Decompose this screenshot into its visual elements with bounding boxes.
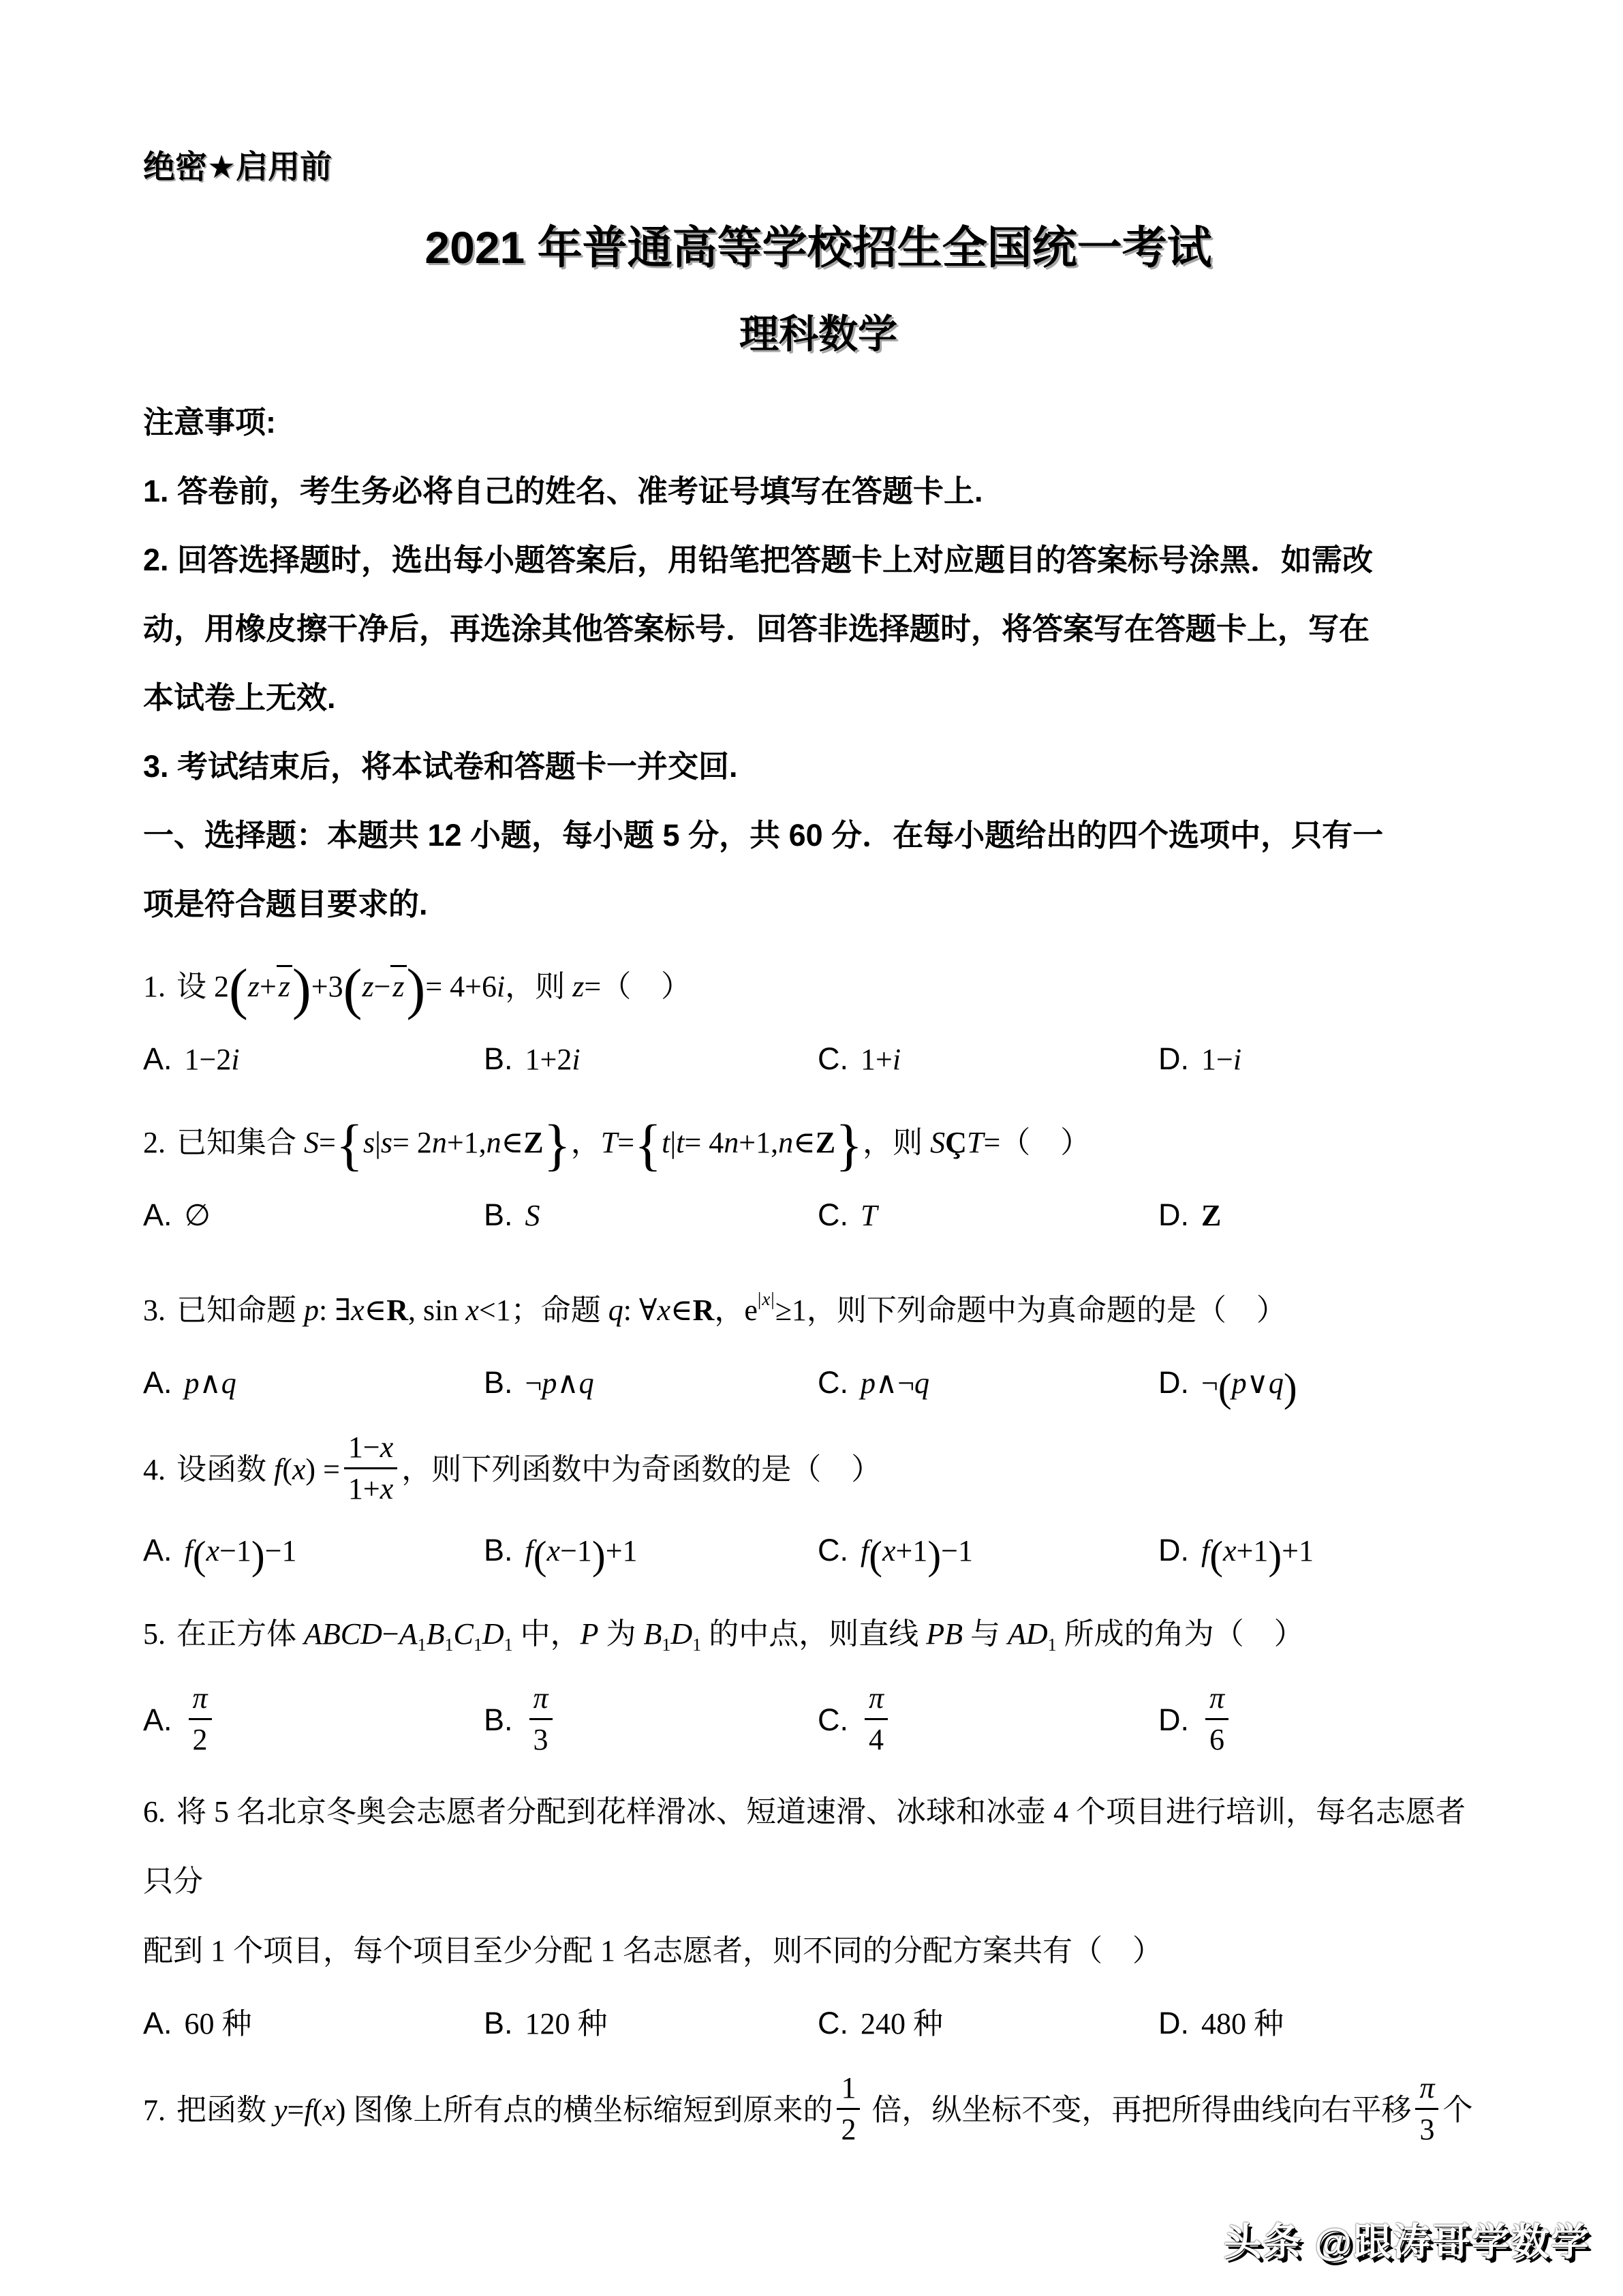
big-delimiter: { [336, 1120, 363, 1172]
option-label: C. [818, 1365, 848, 1400]
fraction-numerator: π [1205, 1679, 1228, 1720]
fraction-denominator: 2 [189, 1720, 212, 1760]
question-3-line-1: 3.已知命题 p: ∃x∈R, sin x<1；命题 q: ∀x∈R，e|x|≥… [143, 1264, 1494, 1345]
big-delimiter: ) [407, 964, 426, 1015]
question-2-line-1: 2.已知集合 S={s|s= 2n+1,n∈Z}，T={t|t= 4n+1,n∈… [143, 1108, 1494, 1178]
big-delimiter: ( [1218, 1370, 1232, 1406]
fraction: π2 [189, 1679, 212, 1760]
question-number: 3. [143, 1294, 166, 1327]
option-6-A: A.60 种 [143, 1989, 484, 2059]
fraction-numerator: π [1415, 2068, 1438, 2110]
big-delimiter: } [544, 1120, 571, 1172]
notice-line-5: 3. 考试结束后，将本试卷和答题卡一并交回. [143, 732, 1494, 801]
fraction: π4 [865, 1679, 888, 1760]
question-1-options: A.1−2iB.1+2iC.1+iD.1−i [143, 1024, 1494, 1095]
exam-title: 2021 年普通高等学校招生全国统一考试 [143, 216, 1494, 279]
fraction-denominator: 4 [865, 1720, 888, 1760]
question-number: 5. [143, 1617, 166, 1651]
question-6: 6.将 5 名北京冬奥会志愿者分配到花样滑冰、短道速滑、冰球和冰壶 4 个项目进… [143, 1777, 1494, 2059]
option-6-C: C.240 种 [818, 1989, 1158, 2059]
option-6-D: D.480 种 [1158, 1989, 1494, 2059]
question-6-line-2: 配到 1 个项目，每个项目至少分配 1 名志愿者，则不同的分配方案共有（ ） [143, 1916, 1494, 1986]
overbar-term: z [277, 965, 292, 999]
fraction-numerator: π [189, 1679, 212, 1720]
option-1-C: C.1+i [818, 1024, 1158, 1095]
notice-section: 注意事项: 1. 答卷前，考生务必将自己的姓名、准考证号填写在答题卡上. 2. … [143, 388, 1494, 801]
question-2-options: A.∅B.SC.TD.Z [143, 1180, 1494, 1251]
question-4-line-1: 4.设函数 f(x) =1−x1+x，则下列函数中为奇函数的是（ ） [143, 1432, 1494, 1513]
big-delimiter: ( [229, 964, 248, 1015]
option-label: D. [1158, 2006, 1189, 2040]
watermark: 头条 @跟涛哥学数学 [1224, 2212, 1590, 2267]
overbar-term: z [390, 965, 406, 999]
option-6-B: B.120 种 [484, 1989, 818, 2059]
option-label: D. [1158, 1533, 1189, 1567]
question-number: 4. [143, 1453, 166, 1486]
question-1: 1.设 2(z+z)+3(z−z)= 4+6i，则 z=（ ）A.1−2iB.1… [143, 952, 1494, 1095]
notice-line-3: 动，用橡皮擦干净后，再选涂其他答案标号．回答非选择题时，将答案写在答题卡上，写在 [143, 594, 1494, 663]
exam-page: 绝密★启用前 2021 年普通高等学校招生全国统一考试 理科数学 注意事项: 1… [0, 0, 1623, 2296]
big-delimiter: ) [251, 1537, 265, 1574]
fraction-denominator: 1+x [344, 1469, 397, 1509]
subscript: 1 [1048, 1635, 1057, 1655]
big-delimiter: ) [292, 964, 311, 1015]
fraction-numerator: 1−x [344, 1428, 397, 1469]
section-heading-line-1: 一、选择题：本题共 12 小题，每小题 5 分，共 60 分．在每小题给出的四个… [143, 801, 1494, 870]
subscript: 1 [445, 1635, 454, 1655]
question-3-options: A.p∧qB.¬p∧qC.p∧¬qD.¬(p∨q) [143, 1348, 1494, 1418]
option-2-D: D.Z [1158, 1180, 1494, 1251]
question-4-options: A.f(x−1)−1B.f(x−1)+1C.f(x+1)−1D.f(x+1)+1 [143, 1516, 1494, 1586]
questions-list: 1.设 2(z+z)+3(z−z)= 4+6i，则 z=（ ）A.1−2iB.1… [143, 952, 1494, 2154]
notice-heading: 注意事项: [143, 388, 1494, 457]
fraction-denominator: 6 [1205, 1720, 1228, 1760]
option-3-A: A.p∧q [143, 1348, 484, 1418]
question-number: 7. [143, 2094, 166, 2127]
question-6-line-1: 6.将 5 名北京冬奥会志愿者分配到花样滑冰、短道速滑、冰球和冰壶 4 个项目进… [143, 1777, 1494, 1916]
option-label: C. [818, 1041, 848, 1076]
classification-label: 绝密★启用前 [143, 147, 1494, 187]
option-4-D: D.f(x+1)+1 [1158, 1516, 1494, 1586]
question-5-line-1: 5.在正方体 ABCD−A1B1C1D1 中，P 为 B1D1 的中点，则直线 … [143, 1599, 1494, 1680]
fraction-denominator: 2 [837, 2110, 860, 2149]
big-delimiter: { [634, 1120, 662, 1172]
fraction: π3 [1415, 2068, 1438, 2149]
question-1-line-1: 1.设 2(z+z)+3(z−z)= 4+6i，则 z=（ ） [143, 952, 1494, 1022]
option-label: D. [1158, 1365, 1189, 1400]
option-label: D. [1158, 1197, 1189, 1232]
header: 2021 年普通高等学校招生全国统一考试 理科数学 [143, 216, 1494, 363]
option-label: A. [143, 1365, 172, 1400]
fraction: π6 [1205, 1679, 1228, 1760]
option-label: A. [143, 1533, 172, 1567]
big-delimiter: ( [193, 1537, 206, 1574]
option-3-C: C.p∧¬q [818, 1348, 1158, 1418]
question-3: 3.已知命题 p: ∃x∈R, sin x<1；命题 q: ∀x∈R，e|x|≥… [143, 1264, 1494, 1418]
subscript: 1 [418, 1635, 427, 1655]
option-label: B. [484, 1197, 513, 1232]
question-number: 2. [143, 1126, 166, 1159]
option-label: B. [484, 2006, 513, 2040]
big-delimiter: ( [1209, 1537, 1223, 1574]
notice-line-2: 2. 回答选择题时，选出每小题答案后，用铅笔把答题卡上对应题目的答案标号涂黑．如… [143, 525, 1494, 594]
fraction-numerator: π [865, 1679, 888, 1720]
option-label: C. [818, 1533, 848, 1567]
fraction-numerator: π [529, 1679, 553, 1720]
question-7: 7.把函数 y=f(x) 图像上所有点的横坐标缩短到原来的12 倍，纵坐标不变，… [143, 2072, 1494, 2154]
subscript: 1 [474, 1635, 482, 1655]
question-7-line-1: 7.把函数 y=f(x) 图像上所有点的横坐标缩短到原来的12 倍，纵坐标不变，… [143, 2072, 1494, 2154]
notice-line-4: 本试卷上无效. [143, 663, 1494, 732]
fraction: π3 [529, 1679, 553, 1760]
option-label: B. [484, 1702, 513, 1737]
option-label: A. [143, 2006, 172, 2040]
option-5-B: B.π3 [484, 1683, 818, 1764]
fraction-denominator: 3 [1415, 2110, 1438, 2149]
exam-subject: 理科数学 [143, 306, 1494, 363]
question-2: 2.已知集合 S={s|s= 2n+1,n∈Z}，T={t|t= 4n+1,n∈… [143, 1108, 1494, 1251]
option-5-C: C.π4 [818, 1683, 1158, 1764]
subscript: 1 [504, 1635, 513, 1655]
section-heading-line-2: 项是符合题目要求的. [143, 870, 1494, 938]
option-label: A. [143, 1702, 172, 1737]
option-2-A: A.∅ [143, 1180, 484, 1251]
option-label: D. [1158, 1702, 1189, 1737]
big-delimiter: ) [592, 1537, 606, 1574]
question-4: 4.设函数 f(x) =1−x1+x，则下列函数中为奇函数的是（ ）A.f(x−… [143, 1432, 1494, 1586]
fraction: 12 [837, 2068, 860, 2149]
option-label: A. [143, 1197, 172, 1232]
big-delimiter: ( [869, 1537, 882, 1574]
option-label: A. [143, 1041, 172, 1076]
option-3-B: B.¬p∧q [484, 1348, 818, 1418]
option-1-A: A.1−2i [143, 1024, 484, 1095]
question-5: 5.在正方体 ABCD−A1B1C1D1 中，P 为 B1D1 的中点，则直线 … [143, 1599, 1494, 1764]
option-label: D. [1158, 1041, 1189, 1076]
fraction-denominator: 3 [529, 1720, 553, 1760]
big-delimiter: ( [343, 964, 362, 1015]
section-heading: 一、选择题：本题共 12 小题，每小题 5 分，共 60 分．在每小题给出的四个… [143, 801, 1494, 938]
option-label: C. [818, 1702, 848, 1737]
option-1-D: D.1−i [1158, 1024, 1494, 1095]
option-2-B: B.S [484, 1180, 818, 1251]
option-4-C: C.f(x+1)−1 [818, 1516, 1158, 1586]
subscript: 1 [662, 1635, 670, 1655]
option-4-B: B.f(x−1)+1 [484, 1516, 818, 1586]
option-label: B. [484, 1365, 513, 1400]
fraction: 1−x1+x [344, 1428, 397, 1509]
question-6-options: A.60 种B.120 种C.240 种D.480 种 [143, 1989, 1494, 2059]
option-label: B. [484, 1041, 513, 1076]
option-label: C. [818, 1197, 848, 1232]
option-5-A: A.π2 [143, 1683, 484, 1764]
fraction-numerator: 1 [837, 2068, 860, 2110]
superscript: |x| [758, 1289, 775, 1309]
question-5-options: A.π2B.π3C.π4D.π6 [143, 1683, 1494, 1764]
big-delimiter: } [835, 1120, 863, 1172]
question-number: 6. [143, 1795, 166, 1828]
option-4-A: A.f(x−1)−1 [143, 1516, 484, 1586]
option-2-C: C.T [818, 1180, 1158, 1251]
option-3-D: D.¬(p∨q) [1158, 1348, 1494, 1418]
big-delimiter: ) [927, 1537, 941, 1574]
notice-line-1: 1. 答卷前，考生务必将自己的姓名、准考证号填写在答题卡上. [143, 457, 1494, 525]
subscript: 1 [692, 1635, 701, 1655]
big-delimiter: ) [1284, 1370, 1297, 1406]
question-number: 1. [143, 970, 166, 1003]
big-delimiter: ) [1268, 1537, 1282, 1574]
option-1-B: B.1+2i [484, 1024, 818, 1095]
option-label: C. [818, 2006, 848, 2040]
option-label: B. [484, 1533, 513, 1567]
big-delimiter: ( [534, 1537, 547, 1574]
option-5-D: D.π6 [1158, 1683, 1494, 1764]
